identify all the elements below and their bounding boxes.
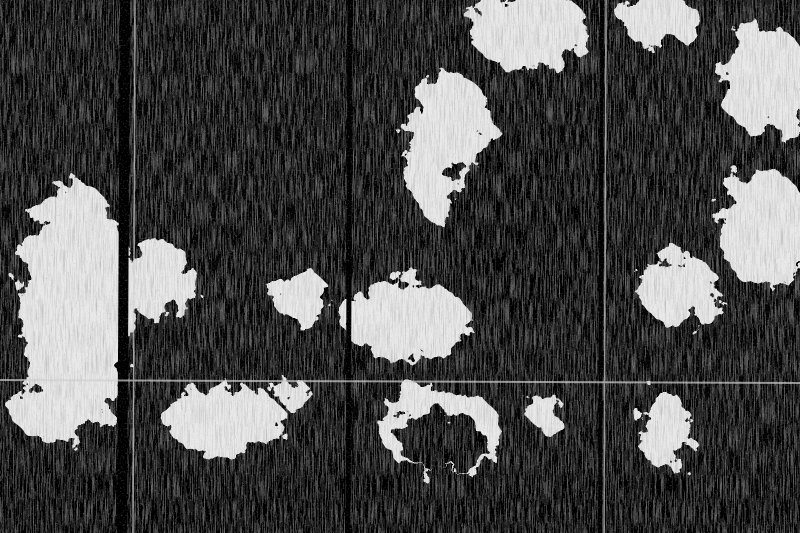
texture-canvas (0, 0, 800, 533)
specks (0, 0, 800, 533)
grunge-texture-image (0, 0, 800, 533)
